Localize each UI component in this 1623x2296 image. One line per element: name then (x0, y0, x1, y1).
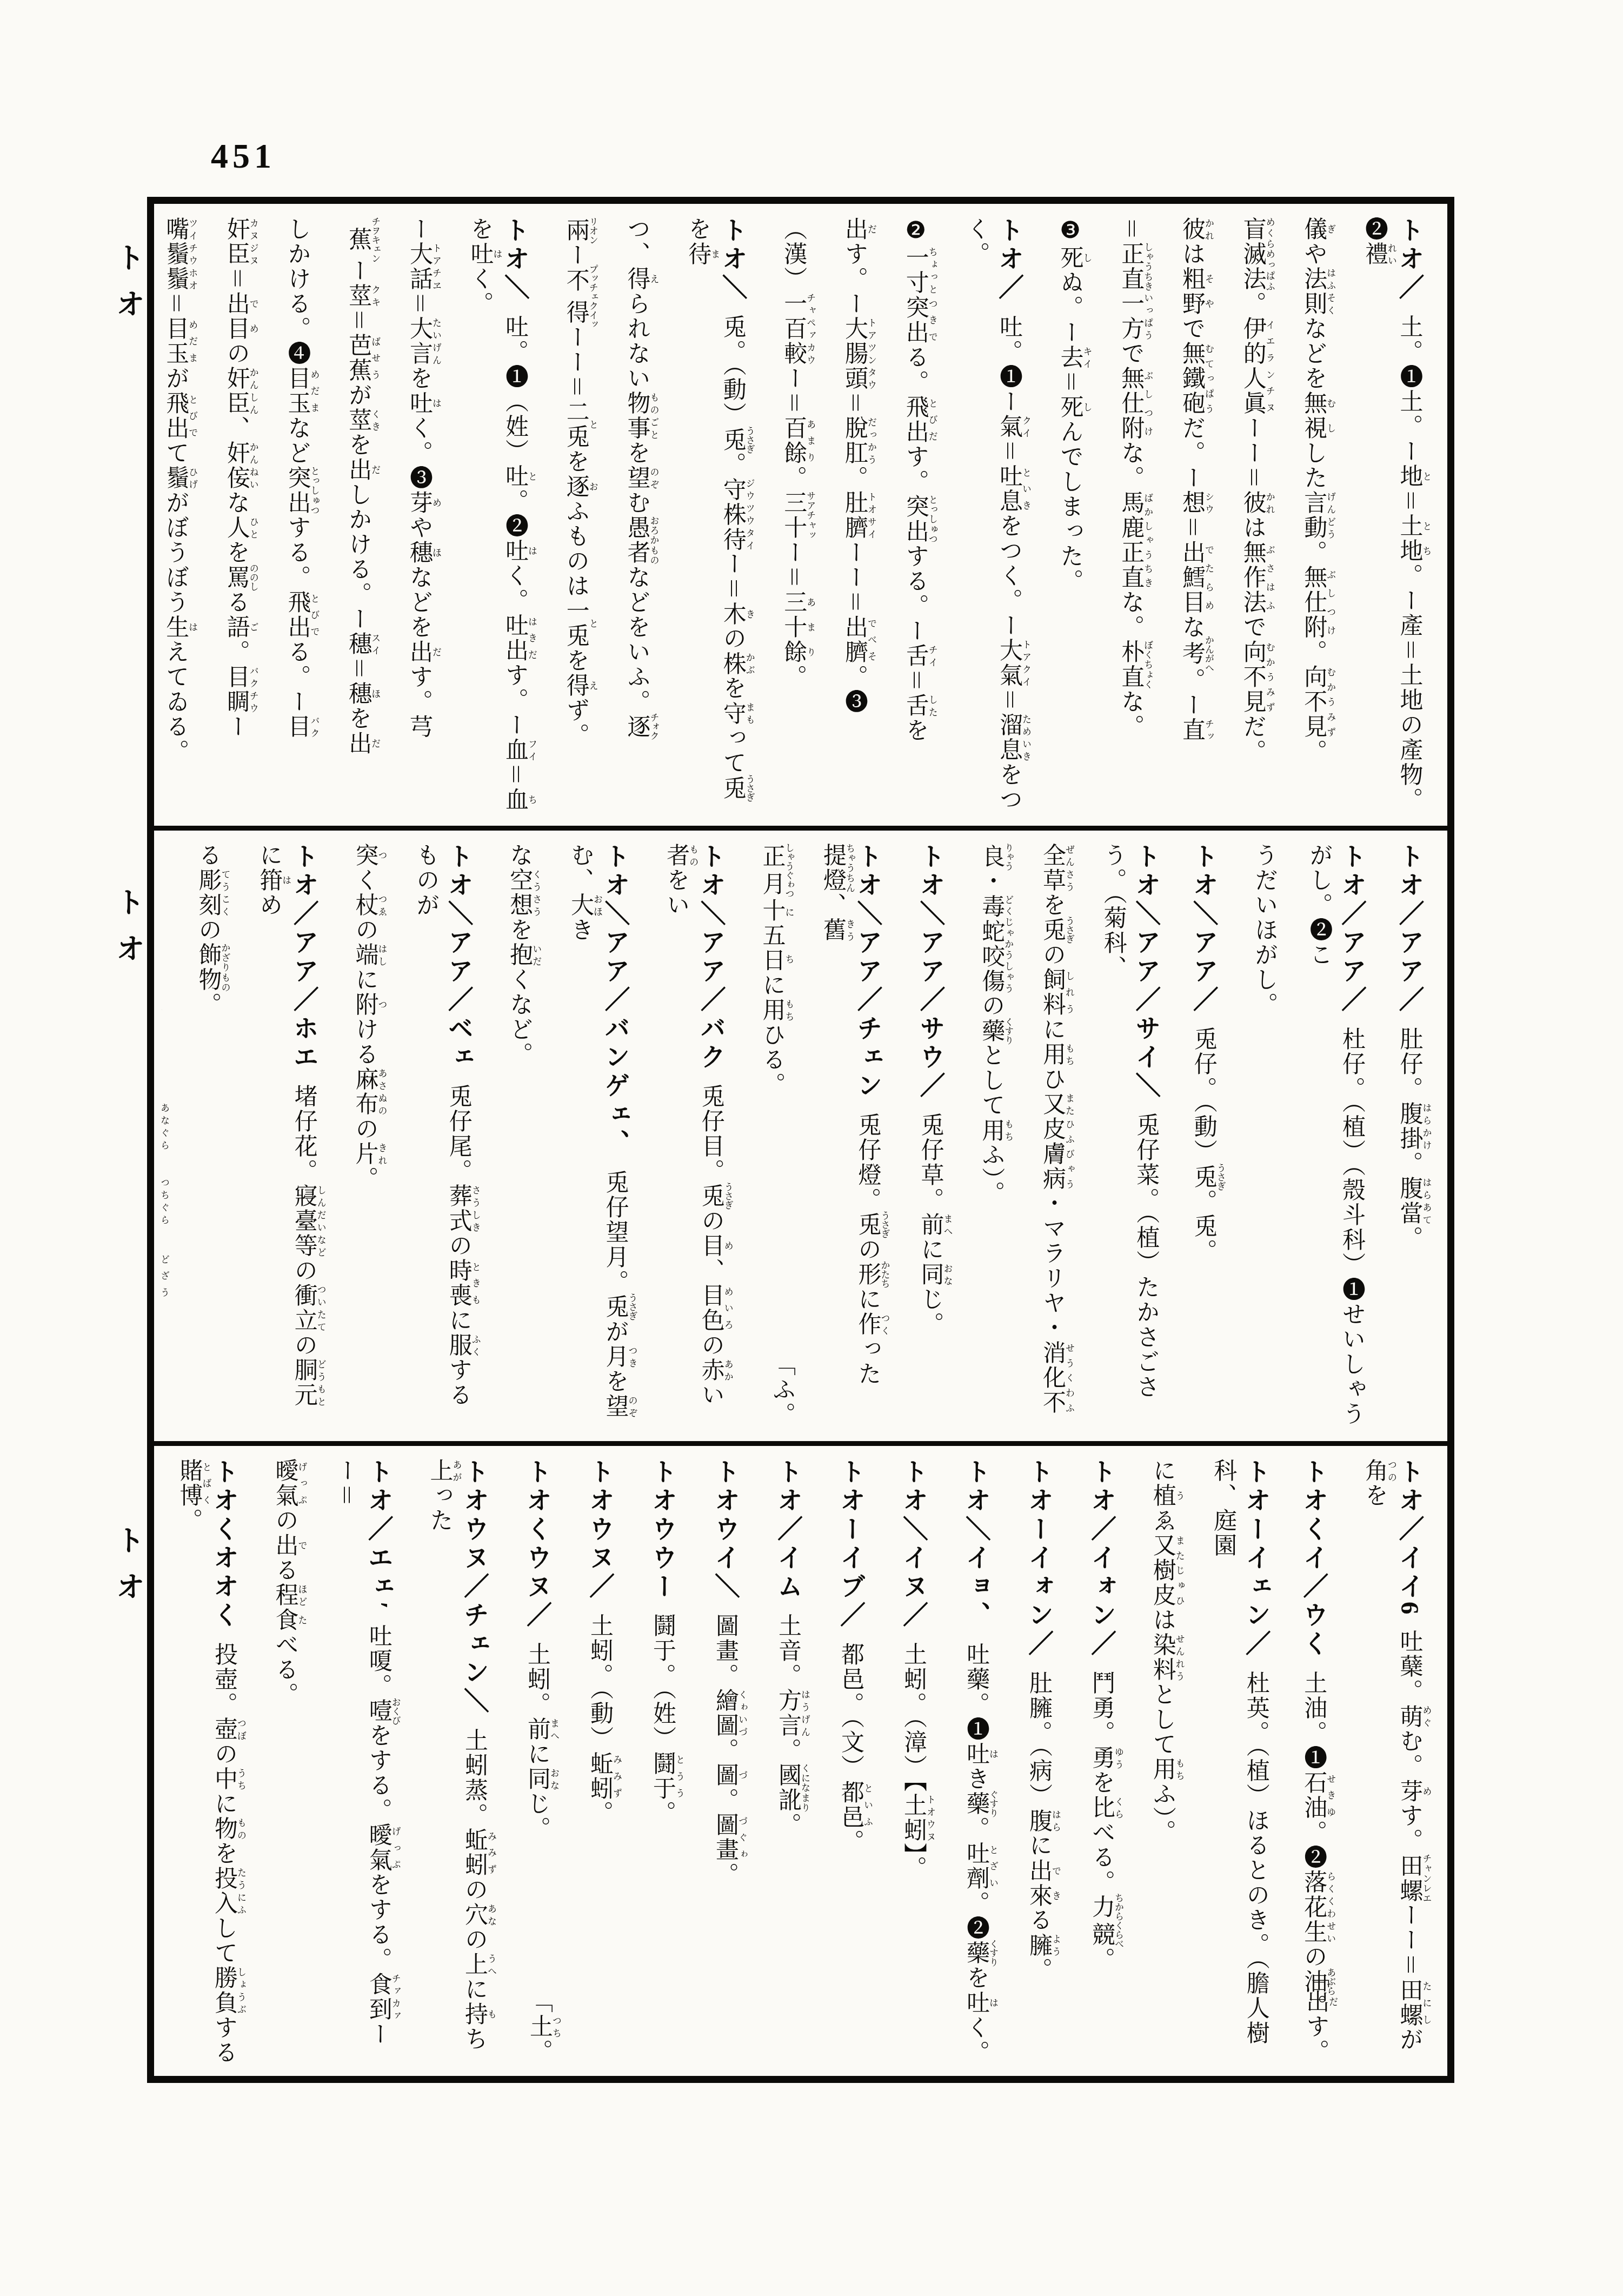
dictionary-column: 突つく杖つゑの端はしに附つける麻布あさぬのの片きれ。 (349, 843, 387, 1429)
dictionary-column: 盲滅法めくらめっぱふ。伊的人眞イエランチヌーー＝彼かれは無作法ぶさはふで向不見む… (1237, 217, 1274, 814)
headword: トオ＼イョ、 (962, 1458, 990, 1630)
dictionary-column: トオ＼兎。（動）兎うさぎ。守株待ジウツウタイー＝木きの株かぶを守まもって兎うさぎ… (682, 217, 754, 814)
turnover-note: 「出だす。 (1302, 1965, 1338, 2064)
dictionary-column: （漢）一百較チャペァカウー＝百餘あまり。三十サアチャッー＝三十餘あまり。 (778, 217, 815, 814)
headword: トオ／アア／ (1338, 843, 1366, 1015)
headword: トオくウヌ／ (523, 1458, 551, 1630)
headword: トオ＼イヌ／ (899, 1458, 927, 1630)
dictionary-column: 儀ぎや法則はふそくなどを無視むしした言動げんどう。無仕附ぶしつけ。向不見むかうみ… (1298, 217, 1335, 814)
dictionary-column: る彫刻てうこくの飾物かざりもの。 (192, 843, 230, 1429)
dictionary-column: トオ＼アア／バク兎仔目。兎うさぎの目め、目色めいろの赤あかい者ものをい (661, 843, 733, 1429)
dictionary-column: 良りゃう・毒蛇咬傷どくじゃかうしゃうの藥くすりとして用もちふ）。 (976, 843, 1013, 1429)
dictionary-column: トオ＼アア／兎仔。（動）兎うさぎ。兎。 (1186, 843, 1225, 1429)
headword: トオーイブ／ (836, 1458, 864, 1630)
dictionary-column: 全草ぜんさうを兎うさぎの飼料しれうに用もちひ又また皮膚病ひふびゃう・マラリヤ・消… (1037, 843, 1074, 1429)
dictionary-column: トオーイォン／肚臃。（病）腹はらに出來できる臃よう。 (1021, 1458, 1060, 2066)
headword: トオ＼ (501, 217, 529, 303)
dict-section-3: トオ／イイ6吐蘖。萌めぐむ。芽めす。田螺チャンレエーー＝田螺たにしが角つのをトオ… (162, 1458, 1431, 2066)
scanned-dictionary-page: { "page": { "number": "451" }, "colors":… (0, 0, 1623, 2296)
dictionary-column: トオ＼アア／サイ＼兎仔菜。（植）たかさごさう。（菊科、 (1097, 843, 1162, 1429)
dictionary-column: トオーイブ／都邑。（文）都邑といふ。 (833, 1458, 872, 2066)
headword: トオ／イォン／ (1087, 1458, 1115, 1659)
headword: トオ／イム (774, 1458, 802, 1602)
dictionary-column: トオーイェン／杜英。（植）ほるとのき。（膽人樹科、庭園 (1208, 1458, 1273, 2066)
dictionary-column: トオ＼イョ、吐藥。❶吐はき藥ぐすり。吐劑とざい。❷藥くすりを吐はく。 (959, 1458, 997, 2066)
headword: トオウウー (648, 1458, 676, 1602)
dictionary-column: しかける。❹目玉めだまなど突出とっしゅつする。飛出とびでる。ー目バク (282, 217, 319, 814)
dictionary-column: トオ／吐。❶ー氣クイ＝吐息といきをつく。ー大氣トアクイ＝溜息ためいきをつく。 (961, 217, 1030, 814)
dictionary-column: トオ／イム土音。方言はうげん。國訛くになまり。 (770, 1458, 809, 2066)
margin-index-tab-1: トオ (114, 242, 143, 335)
dictionary-column: トオウヌ／チェン＼土蚓蒸。蚯蚓みみずの穴あなの上うへに持もち上あがった (424, 1458, 496, 2066)
dictionary-column: ー大話トアチヱ＝大言たいげんを吐はく。❸芽めや穗ほなどを出だす。芎 (404, 217, 441, 814)
headword: トオ／ (1395, 217, 1424, 303)
dictionary-column: 出だす。ー大腸頭トアツンタウ＝脫肛だっかう。肚臍トオサイーー＝出臍でべそ。❸ (839, 217, 876, 814)
dictionary-column: トオウイ＼圖畫。繪圖くゎいづ。圖づ。圖畫づぐゎ。 (708, 1458, 747, 2066)
dictionary-column: 曖氣げっぷの出でる程ほど食たべる。 (269, 1458, 307, 2066)
headword: トオくオオく (210, 1458, 238, 1630)
headword: トオウイ＼ (711, 1458, 739, 1602)
dictionary-column: トオ／イイ6吐蘖。萌めぐむ。芽めす。田螺チャンレエーー＝田螺たにしが角つのを (1359, 1458, 1431, 2066)
dictionary-column: トオ＼吐。❶（姓）吐と。❷吐はく。吐出はきだす。ー血フイ＝血ちを吐はく。 (464, 217, 536, 814)
dictionary-column: に植うゑ又樹皮またじゅひは染料せんれうとして用もちふ）。 (1147, 1458, 1184, 2066)
headword: トオ／アア／ (1395, 843, 1424, 1015)
dictionary-column: トオ＼イヌ／土蚓。（漳）【土蚓トオウヌ】。 (896, 1458, 935, 2066)
dictionary-column: トオくアン＼土甕。穴藏あなぐら。土倉つちぐら。土藏どざう。 (162, 843, 169, 1429)
dict-section-1: トオ／土。❶土。ー地と＝土地とち。ー產＝土地の產物。❷禮れい儀ぎや法則はふそくな… (162, 217, 1431, 814)
dictionary-column: 蕉チヲキェンー莖クキ＝芭蕉ばせうが莖くきを出だしかける。ー穗スイ＝穗ほを出だ (343, 217, 380, 814)
headword: トオ＼アア／サイ＼ (1132, 843, 1160, 1101)
headword: トオ＼アア／ベェ (444, 843, 473, 1072)
dictionary-column: 正月しゃうぐゎつ十五日にちに用もちひる。「ふ。 (756, 843, 794, 1429)
headword: トオくイ／ウく (1299, 1458, 1327, 1659)
dictionary-column: 嘴鬚鬚ツイチウホオ＝目玉めだまが飛出とびでて鬚ひげがぼうぼう生はえてゐる。 (162, 217, 197, 814)
dictionary-column: な空想くうさうを抱いだくなど。 (504, 843, 541, 1429)
dictionary-column: 兩リオンー不得プッチェクイッーー＝二兎とを逐おふものは一兎とを得えず。 (561, 217, 598, 814)
headword: トオ／エェ′ (364, 1458, 393, 1612)
dictionary-frame: トオ／土。❶土。ー地と＝土地とち。ー產＝土地の產物。❷禮れい儀ぎや法則はふそくな… (147, 197, 1454, 2083)
turnover-note: 「ふ。 (768, 1352, 796, 1427)
dictionary-column: トオ／土。❶土。ー地と＝土地とち。ー產＝土地の產物。❷禮れい (1359, 217, 1431, 814)
headword: トオ＼アア／チェン (854, 843, 882, 1101)
dictionary-column: トオ／アア／肚仔。腹掛はらかけ。腹當はらあて。 (1392, 843, 1431, 1429)
headword: トオ＼アア／バンゲェ、 (601, 843, 629, 1158)
headword: トオ＼アア／バク (697, 843, 725, 1072)
dict-section-2: トオ／アア／肚仔。腹掛はらかけ。腹當はらあて。トオ／アア／杜仔。（植）（殼斗科）… (162, 843, 1431, 1429)
dictionary-column: トオ＼アア／バンゲェ、兎仔望月。兎うさぎが月つきを望のぞむ、大おほき (565, 843, 637, 1429)
dictionary-column: うだいほがし。 (1249, 843, 1280, 1429)
headword: トオーイォン／ (1025, 1458, 1053, 1659)
headword: トオ／アア／ホエ (290, 843, 318, 1072)
dictionary-column: トオ＼アア／チェン兎仔燈。兎うさぎの形かたちに作つくった提燈ちゃうちん、舊きう (817, 843, 889, 1429)
headword: トオ＼アア／サウ／ (916, 843, 944, 1101)
dictionary-column: トオくイ／ウく土油。❶石油せきゆ。❷落花生らくくわせいの油あぶら。「出だす。 (1296, 1458, 1335, 2066)
dictionary-column: ❸死しぬ。ー去キイ＝死しんでしまった。 (1054, 217, 1092, 814)
headword: トオ＼ (719, 217, 747, 303)
headword: トオ／イイ6 (1395, 1458, 1424, 1618)
section-divider-2 (154, 1441, 1447, 1446)
turnover-note: 「土つち。 (525, 1989, 561, 2064)
dictionary-column: トオ＼アア／ベェ兎仔尾。葬式さうしきの時喪ときもに服ふくするものが (410, 843, 480, 1429)
dictionary-column: トオ＼アア／サウ／兎仔草。前まへに同おなじ。 (913, 843, 952, 1429)
margin-index-tab-2: トオ (114, 887, 143, 980)
dictionary-column: 奸臣カヌジヌ＝出目でめの奸臣かんしん、奸侫かんねいな人ひとを罵ののしる語ご。目睭… (221, 217, 258, 814)
headword: トオウヌ／ (586, 1458, 614, 1602)
dictionary-column: トオウヌ／土蚓。（動）蚯蚓みみず。 (582, 1458, 621, 2066)
dictionary-column: トオくウヌ／土蚓。前まへに同おなじ。「土つち。 (520, 1458, 558, 2066)
dictionary-column: トオくオオく投壺。壺つぼの中うちに物ものを投入たうにふして勝負しょうぶする賭博と… (174, 1458, 245, 2066)
headword: トオーイェン／ (1242, 1458, 1270, 1659)
dictionary-column: トオ／アア／杜仔。（植）（殼斗科）❶せいしゃうがし。❷こ (1303, 843, 1368, 1429)
headword: トオ／ (995, 217, 1023, 303)
dictionary-column: トオ／イォン／鬥勇。勇ゆうを比くらべる。力競ちからくらべ。 (1084, 1458, 1123, 2066)
headword: トオウヌ／チェン＼ (460, 1458, 488, 1716)
dictionary-column: トオウウー鬪于。（姓）鬪于とうう。 (645, 1458, 684, 2066)
dictionary-column: トオ／アア／ホエ堵仔花。寢臺等しんだいなどの衝立ついたての胴元どうもとに箝はめ (254, 843, 325, 1429)
dictionary-column: つ、得えられない物事ものごとを望のぞむ愚者おろかものなどをいふ。逐チォク (621, 217, 658, 814)
dictionary-column: 彼かれは粗野そやで無鐵砲むてっぱうだ。ー想シウ＝出鱈目でたらめな考かんがへ。ー直… (1176, 217, 1214, 814)
section-divider-1 (154, 826, 1447, 831)
margin-index-tab-3: トオ (114, 1525, 143, 1618)
page-number: 451 (211, 136, 276, 176)
dictionary-column: ＝正直しゃうちき一方いっぱうで無仕附ぶしつけな。馬鹿正直ばかしゃうちきな。朴直ぼ… (1115, 217, 1153, 814)
dictionary-column: トオ／エェ′吐嗄。噎おくびをする。曖氣げっぷをする。食到チァカァーー＝ (330, 1458, 400, 2066)
headword: トオ＼アア／ (1189, 843, 1218, 1015)
dictionary-column: ❷一寸ちょっと突出つきでる。飛出とびだす。突出とっしゅつする。ー舌チイ＝舌したを (900, 217, 937, 814)
